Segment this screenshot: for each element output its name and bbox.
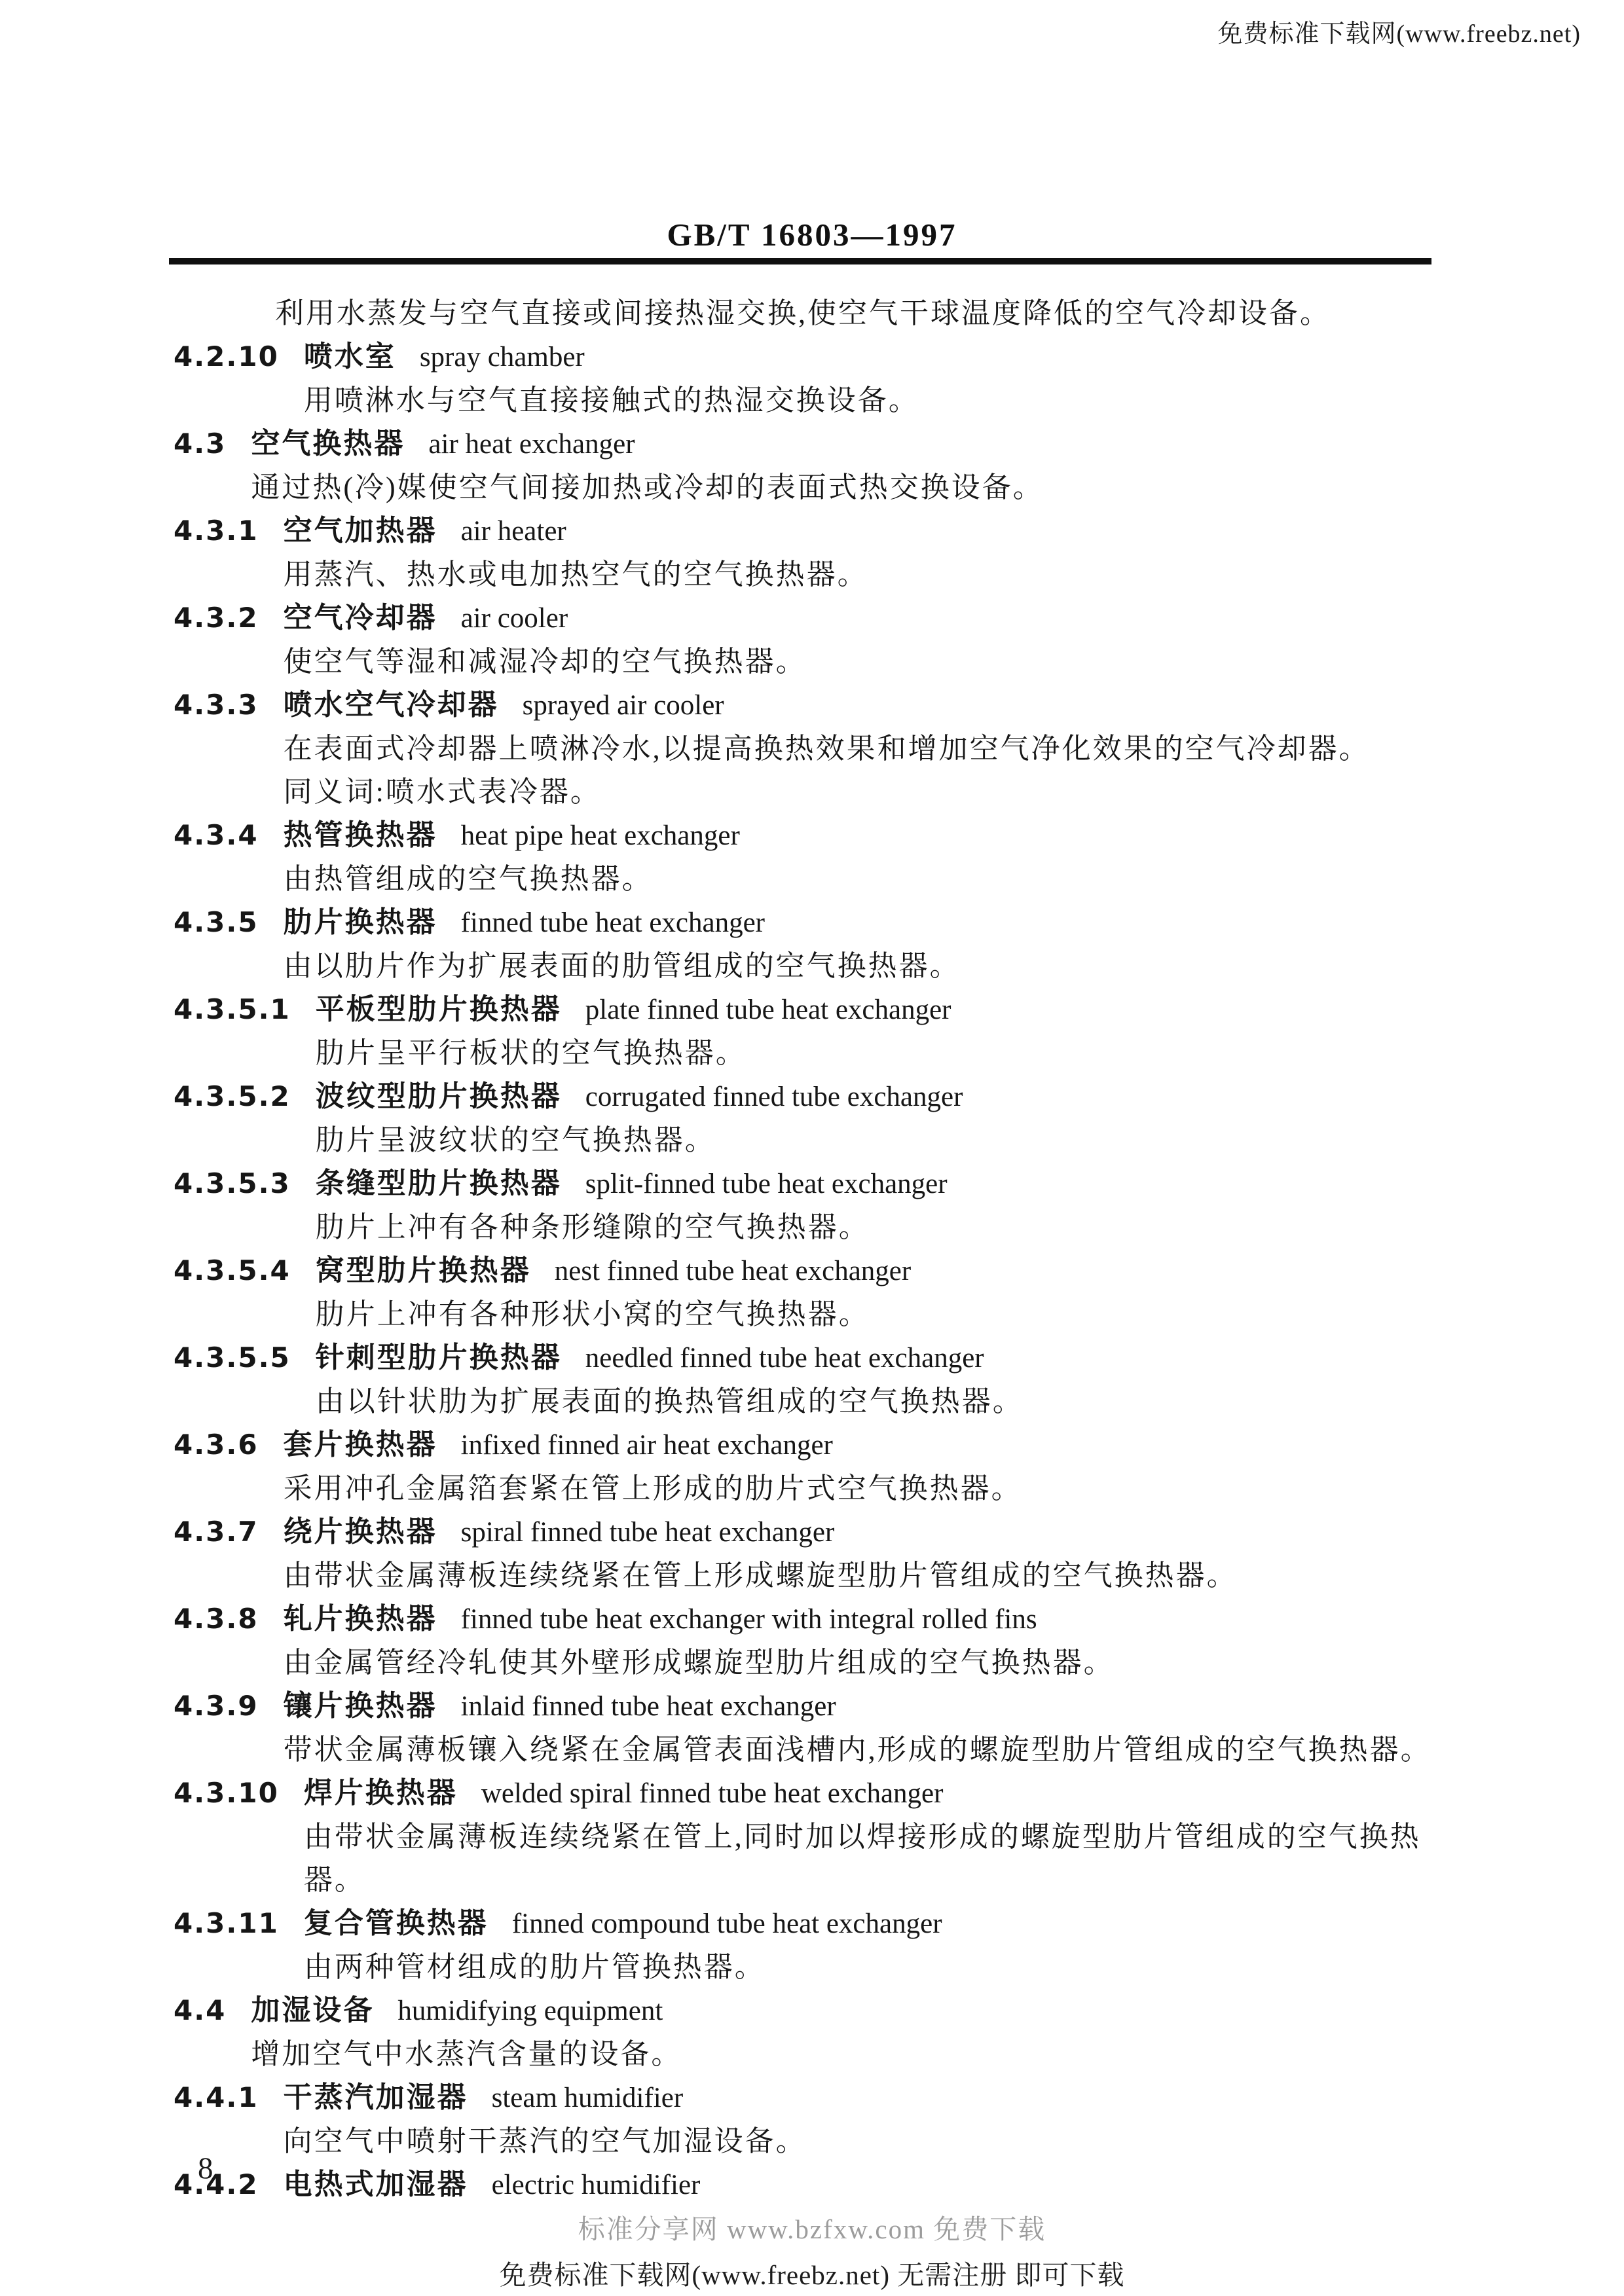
term-entry: 4.3.11复合管换热器finned compound tube heat ex…: [174, 1902, 1458, 1989]
term-chinese: 肋片换热器: [284, 905, 437, 939]
term-chinese: 喷水空气冷却器: [284, 688, 499, 721]
continued-definition: 利用水蒸发与空气直接或间接热湿交换,使空气干球温度降低的空气冷却设备。: [174, 292, 1458, 335]
term-line: 镶片换热器inlaid finned tube heat exchanger: [284, 1685, 1458, 1728]
clause-number: 4.4: [174, 1989, 226, 2033]
term-entry: 4.3.5.3条缝型肋片换热器split-finned tube heat ex…: [174, 1162, 1458, 1249]
term-entry: 4.3.8轧片换热器finned tube heat exchanger wit…: [174, 1597, 1458, 1685]
term-english: electric humidifier: [492, 2170, 701, 2200]
term-entry: 4.4.2电热式加湿器electric humidifier: [174, 2163, 1458, 2207]
term-chinese: 加湿设备: [251, 1994, 374, 2027]
term-entry: 4.3.5.1平板型肋片换热器plate finned tube heat ex…: [174, 988, 1458, 1075]
term-english: needled finned tube heat exchanger: [585, 1343, 984, 1374]
term-english: air heater: [461, 516, 566, 547]
term-line: 喷水室spray chamber: [304, 335, 1458, 379]
clause-number: 4.3.9: [174, 1685, 259, 1728]
term-line: 轧片换热器finned tube heat exchanger with int…: [284, 1597, 1458, 1641]
term-english: welded spiral finned tube heat exchanger: [481, 1778, 944, 1809]
definition-line: 由金属管经冷轧使其外壁形成螺旋型肋片组成的空气换热器。: [284, 1641, 1458, 1685]
clause-number: 4.2.10: [174, 335, 279, 379]
definition-line: 肋片呈波纹状的空气换热器。: [316, 1119, 1458, 1162]
page-number: 8: [198, 2151, 213, 2186]
clause-number: 4.3.5.1: [174, 988, 291, 1032]
term-entry: 4.3.3喷水空气冷却器sprayed air cooler在表面式冷却器上喷淋…: [174, 683, 1458, 814]
definition-line: 由两种管材组成的肋片管换热器。: [304, 1946, 1458, 1989]
definition-line: 由带状金属薄板连续绕紧在管上形成螺旋型肋片管组成的空气换热器。: [284, 1554, 1458, 1597]
term-english: finned compound tube heat exchanger: [512, 1908, 942, 1939]
definition-line: 采用冲孔金属箔套紧在管上形成的肋片式空气换热器。: [284, 1467, 1458, 1510]
term-english: humidifying equipment: [397, 1995, 663, 2026]
definition-line: 向空气中喷射干蒸汽的空气加湿设备。: [284, 2120, 1458, 2163]
terms-section: 利用水蒸发与空气直接或间接热湿交换,使空气干球温度降低的空气冷却设备。 4.2.…: [174, 292, 1458, 2207]
clause-number: 4.3.7: [174, 1510, 259, 1554]
term-line: 肋片换热器finned tube heat exchanger: [284, 901, 1458, 945]
clause-number: 4.3.10: [174, 1772, 279, 1815]
term-line: 喷水空气冷却器sprayed air cooler: [284, 683, 1458, 727]
term-line: 电热式加湿器electric humidifier: [284, 2163, 1458, 2207]
term-english: plate finned tube heat exchanger: [585, 994, 951, 1025]
term-entry: 4.3.4热管换热器heat pipe heat exchanger由热管组成的…: [174, 814, 1458, 901]
term-line: 针刺型肋片换热器needled finned tube heat exchang…: [316, 1336, 1458, 1380]
definition-line: 增加空气中水蒸汽含量的设备。: [251, 2033, 1458, 2076]
term-line: 加湿设备humidifying equipment: [251, 1989, 1458, 2033]
term-entry: 4.3.1空气加热器air heater用蒸汽、热水或电加热空气的空气换热器。: [174, 509, 1458, 596]
term-chinese: 镶片换热器: [284, 1689, 437, 1722]
term-line: 绕片换热器spiral finned tube heat exchanger: [284, 1510, 1458, 1554]
term-chinese: 条缝型肋片换热器: [316, 1167, 562, 1200]
term-line: 焊片换热器welded spiral finned tube heat exch…: [304, 1772, 1458, 1815]
term-chinese: 空气换热器: [251, 427, 405, 460]
term-english: finned tube heat exchanger: [461, 907, 765, 938]
definition-line: 由以针状肋为扩展表面的换热管组成的空气换热器。: [316, 1380, 1458, 1423]
definition-line: 由以肋片作为扩展表面的肋管组成的空气换热器。: [284, 945, 1458, 988]
clause-number: 4.3: [174, 422, 226, 466]
term-chinese: 平板型肋片换热器: [316, 993, 562, 1026]
clause-number: 4.3.2: [174, 596, 259, 640]
term-entry: 4.4加湿设备humidifying equipment增加空气中水蒸汽含量的设…: [174, 1989, 1458, 2076]
term-chinese: 电热式加湿器: [284, 2168, 468, 2201]
definition-line: 肋片上冲有各种形状小窝的空气换热器。: [316, 1293, 1458, 1336]
header-rule: [169, 258, 1431, 264]
term-english: split-finned tube heat exchanger: [585, 1169, 948, 1199]
term-entry: 4.3.5肋片换热器finned tube heat exchanger由以肋片…: [174, 901, 1458, 988]
term-entry: 4.3.5.4窝型肋片换热器nest finned tube heat exch…: [174, 1249, 1458, 1336]
term-chinese: 轧片换热器: [284, 1602, 437, 1635]
term-chinese: 绕片换热器: [284, 1515, 437, 1548]
term-line: 套片换热器infixed finned air heat exchanger: [284, 1423, 1458, 1467]
clause-number: 4.3.8: [174, 1597, 259, 1641]
term-english: spiral finned tube heat exchanger: [461, 1517, 835, 1548]
clause-number: 4.4.2: [174, 2163, 259, 2207]
term-entry: 4.3.6套片换热器infixed finned air heat exchan…: [174, 1423, 1458, 1510]
term-english: inlaid finned tube heat exchanger: [461, 1691, 836, 1722]
term-entry: 4.3.9镶片换热器inlaid finned tube heat exchan…: [174, 1685, 1458, 1772]
term-entry: 4.3.7绕片换热器spiral finned tube heat exchan…: [174, 1510, 1458, 1597]
term-line: 空气换热器air heat exchanger: [251, 422, 1458, 466]
clause-number: 4.3.5.2: [174, 1075, 291, 1119]
term-chinese: 空气加热器: [284, 514, 437, 547]
term-line: 复合管换热器finned compound tube heat exchange…: [304, 1902, 1458, 1946]
term-english: spray chamber: [420, 342, 585, 373]
definition-line: 肋片呈平行板状的空气换热器。: [316, 1032, 1458, 1075]
definition-line: 同义词:喷水式表冷器。: [284, 771, 1458, 814]
definition-line: 肋片上冲有各种条形缝隙的空气换热器。: [316, 1206, 1458, 1249]
term-entry: 4.3空气换热器air heat exchanger通过热(冷)媒使空气间接加热…: [174, 422, 1458, 509]
term-english: air cooler: [461, 603, 568, 634]
top-watermark: 免费标准下载网(www.freebz.net): [1218, 13, 1581, 49]
definition-line: 通过热(冷)媒使空气间接加热或冷却的表面式热交换设备。: [251, 466, 1458, 509]
definition-line: 由热管组成的空气换热器。: [284, 858, 1458, 901]
term-chinese: 干蒸汽加湿器: [284, 2081, 468, 2114]
terms-list: 4.2.10喷水室spray chamber用喷淋水与空气直接接触式的热湿交换设…: [174, 335, 1458, 2207]
definition-line: 使空气等湿和减湿冷却的空气换热器。: [284, 640, 1458, 683]
term-english: sprayed air cooler: [523, 690, 724, 721]
definition-line: 带状金属薄板镶入绕紧在金属管表面浅槽内,形成的螺旋型肋片管组成的空气换热器。: [284, 1728, 1458, 1772]
term-english: steam humidifier: [492, 2083, 684, 2113]
term-english: infixed finned air heat exchanger: [461, 1430, 833, 1461]
term-entry: 4.3.10焊片换热器welded spiral finned tube hea…: [174, 1772, 1458, 1902]
definition-line: 由带状金属薄板连续绕紧在管上,同时加以焊接形成的螺旋型肋片管组成的空气换热器。: [304, 1815, 1458, 1902]
term-chinese: 喷水室: [304, 340, 396, 373]
footer-share-watermark: 标准分享网 www.bzfxw.com 免费下载: [0, 2208, 1624, 2246]
clause-number: 4.4.1: [174, 2076, 259, 2120]
clause-number: 4.3.5.5: [174, 1336, 291, 1380]
term-entry: 4.3.5.5针刺型肋片换热器needled finned tube heat …: [174, 1336, 1458, 1423]
term-line: 条缝型肋片换热器split-finned tube heat exchanger: [316, 1162, 1458, 1206]
clause-number: 4.3.5: [174, 901, 259, 945]
standard-code-header: GB/T 16803—1997: [0, 216, 1624, 253]
term-entry: 4.4.1干蒸汽加湿器steam humidifier向空气中喷射干蒸汽的空气加…: [174, 2076, 1458, 2163]
clause-number: 4.3.11: [174, 1902, 279, 1946]
clause-number: 4.3.4: [174, 814, 259, 858]
term-line: 空气加热器air heater: [284, 509, 1458, 553]
term-line: 波纹型肋片换热器corrugated finned tube exchanger: [316, 1075, 1458, 1119]
term-english: corrugated finned tube exchanger: [585, 1082, 963, 1112]
definition-line: 用蒸汽、热水或电加热空气的空气换热器。: [284, 553, 1458, 596]
term-entry: 4.3.2空气冷却器air cooler使空气等湿和减湿冷却的空气换热器。: [174, 596, 1458, 683]
term-line: 热管换热器heat pipe heat exchanger: [284, 814, 1458, 858]
clause-number: 4.3.1: [174, 509, 259, 553]
term-line: 窝型肋片换热器nest finned tube heat exchanger: [316, 1249, 1458, 1293]
term-chinese: 焊片换热器: [304, 1776, 458, 1810]
term-entry: 4.2.10喷水室spray chamber用喷淋水与空气直接接触式的热湿交换设…: [174, 335, 1458, 422]
footer-download-watermark: 免费标准下载网(www.freebz.net) 无需注册 即可下载: [0, 2253, 1624, 2292]
term-chinese: 套片换热器: [284, 1428, 437, 1461]
term-entry: 4.3.5.2波纹型肋片换热器corrugated finned tube ex…: [174, 1075, 1458, 1162]
clause-number: 4.3.6: [174, 1423, 259, 1467]
term-chinese: 复合管换热器: [304, 1906, 489, 1940]
term-chinese: 窝型肋片换热器: [316, 1254, 531, 1287]
definition-line: 用喷淋水与空气直接接触式的热湿交换设备。: [304, 379, 1458, 422]
clause-number: 4.3.5.4: [174, 1249, 291, 1293]
term-english: air heat exchanger: [428, 429, 635, 460]
clause-number: 4.3.5.3: [174, 1162, 291, 1206]
term-english: nest finned tube heat exchanger: [555, 1256, 911, 1286]
term-line: 平板型肋片换热器plate finned tube heat exchanger: [316, 988, 1458, 1032]
clause-number: 4.3.3: [174, 683, 259, 727]
term-chinese: 波纹型肋片换热器: [316, 1080, 562, 1113]
term-line: 干蒸汽加湿器steam humidifier: [284, 2076, 1458, 2120]
term-english: heat pipe heat exchanger: [461, 820, 740, 851]
term-chinese: 热管换热器: [284, 818, 437, 852]
definition-line: 在表面式冷却器上喷淋冷水,以提高换热效果和增加空气净化效果的空气冷却器。: [284, 727, 1458, 771]
term-chinese: 空气冷却器: [284, 601, 437, 634]
term-english: finned tube heat exchanger with integral…: [461, 1604, 1037, 1635]
term-line: 空气冷却器air cooler: [284, 596, 1458, 640]
document-page: 免费标准下载网(www.freebz.net) GB/T 16803—1997 …: [0, 0, 1624, 2296]
term-chinese: 针刺型肋片换热器: [316, 1341, 562, 1374]
